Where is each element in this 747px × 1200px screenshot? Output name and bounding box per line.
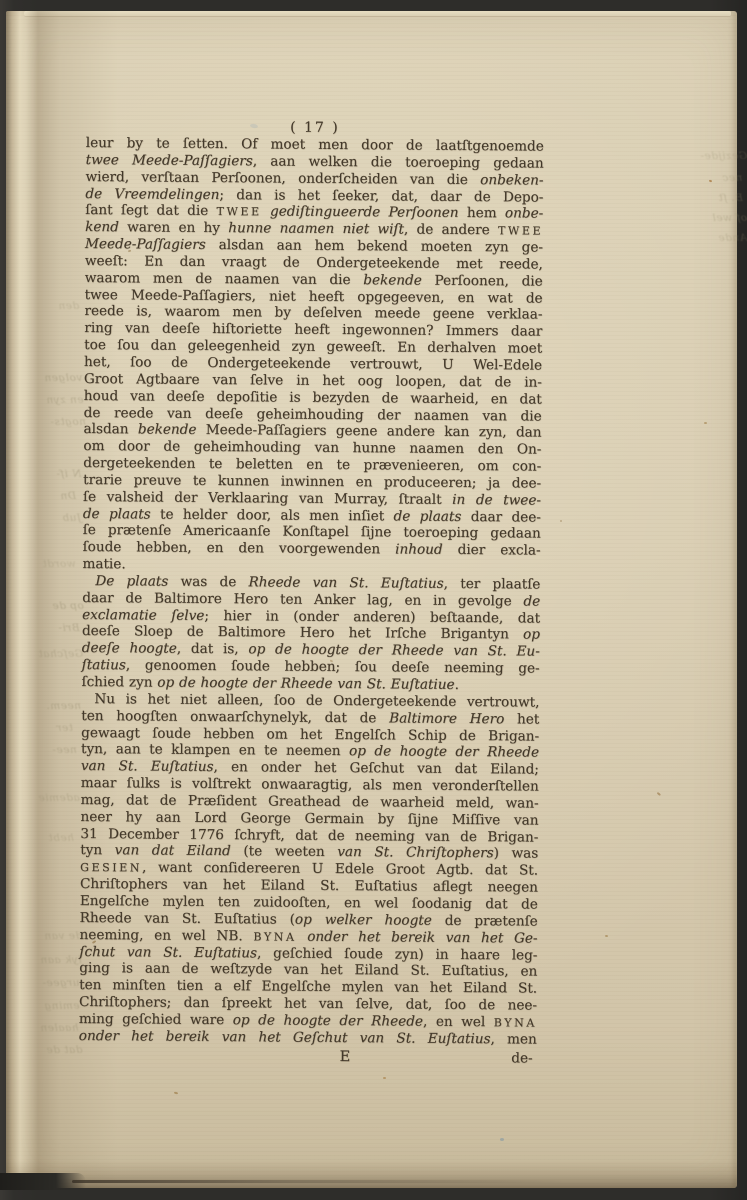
speck [709,180,713,183]
text-block: ( 17 ) leur by te ſetten. Of moet men do… [79,118,544,1067]
catchword: de- [511,1050,532,1066]
speck [560,520,562,522]
signature-line: E de- [79,1047,537,1068]
speck [704,422,707,424]
signature-mark: E [340,1049,351,1065]
text-line: onder het bereik van het Geſchut van St.… [79,1028,537,1048]
speck [174,1092,178,1095]
body-text: leur by te ſetten. Of moet men door de l… [79,135,544,1048]
speck [605,935,608,937]
speck [500,1138,504,1141]
speck [383,1077,386,1079]
speck [657,792,661,796]
scanned-book-photograph: denvolgenen zynnogts-N if-DnJubwordtop d… [0,0,747,1200]
